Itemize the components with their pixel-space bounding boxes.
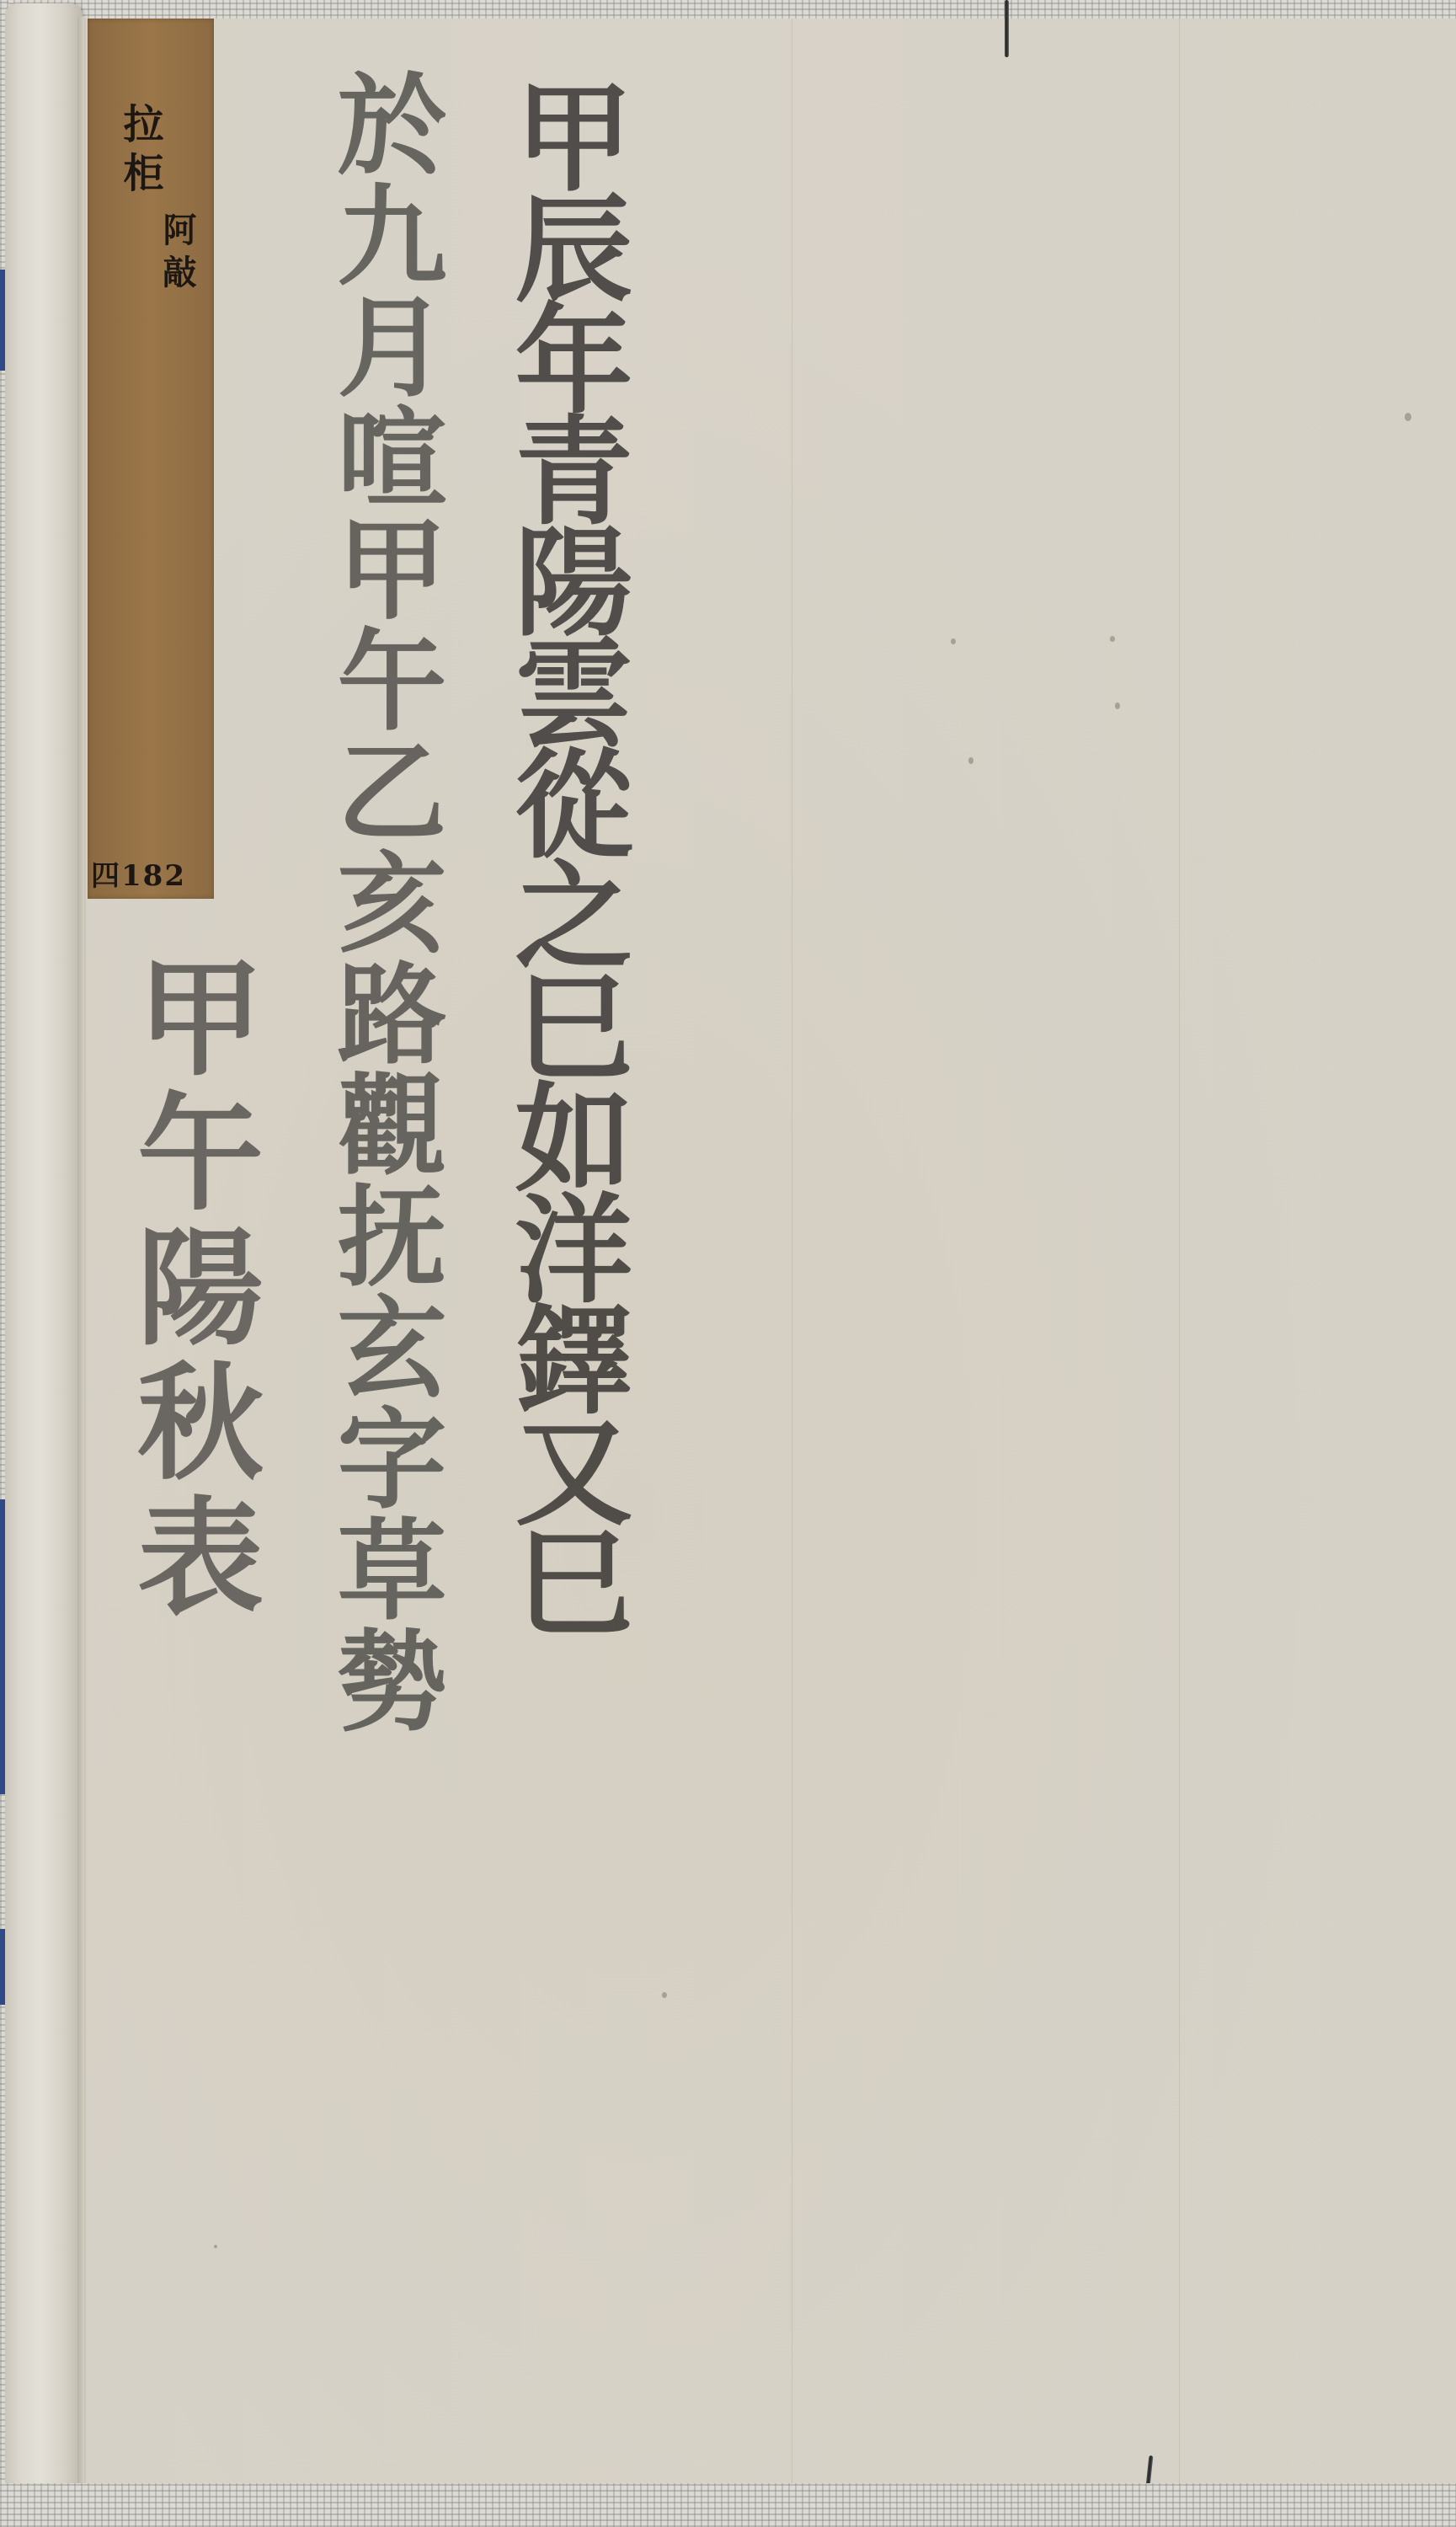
slip-subtitle: 阿敲: [153, 212, 201, 297]
roller-edge: [77, 17, 84, 2508]
paper-stain: [951, 638, 956, 644]
paper-stain: [1110, 636, 1115, 642]
paper-fold-line: [1179, 19, 1180, 2495]
slip-title: 拉柜: [111, 103, 169, 200]
paper-stain: [214, 2245, 217, 2248]
scroll-paper: [81, 19, 1456, 2510]
slip-catalog-number: 四182: [91, 852, 186, 894]
title-slip: 拉柜 阿敲 四182: [88, 19, 214, 899]
paper-stain: [662, 1992, 667, 1998]
calligraphy-column-2: 於九月喧甲午乙亥路觀抚玄字草勢: [328, 67, 438, 1735]
paper-stain: [968, 757, 973, 764]
calligraphy-column-3: 甲午陽秋表: [126, 952, 253, 1626]
paper-stain: [1405, 413, 1411, 421]
paper-fold-line: [792, 19, 792, 2495]
paper-stain: [1115, 703, 1120, 709]
scroll-roller: [5, 3, 83, 2509]
mounting-pin-top: [1005, 0, 1009, 57]
calligraphy-column-1: 甲辰年青陽雲從之巳如洋鐸又巳: [505, 76, 623, 1632]
backing-mesh-bottom: [0, 2483, 1456, 2527]
